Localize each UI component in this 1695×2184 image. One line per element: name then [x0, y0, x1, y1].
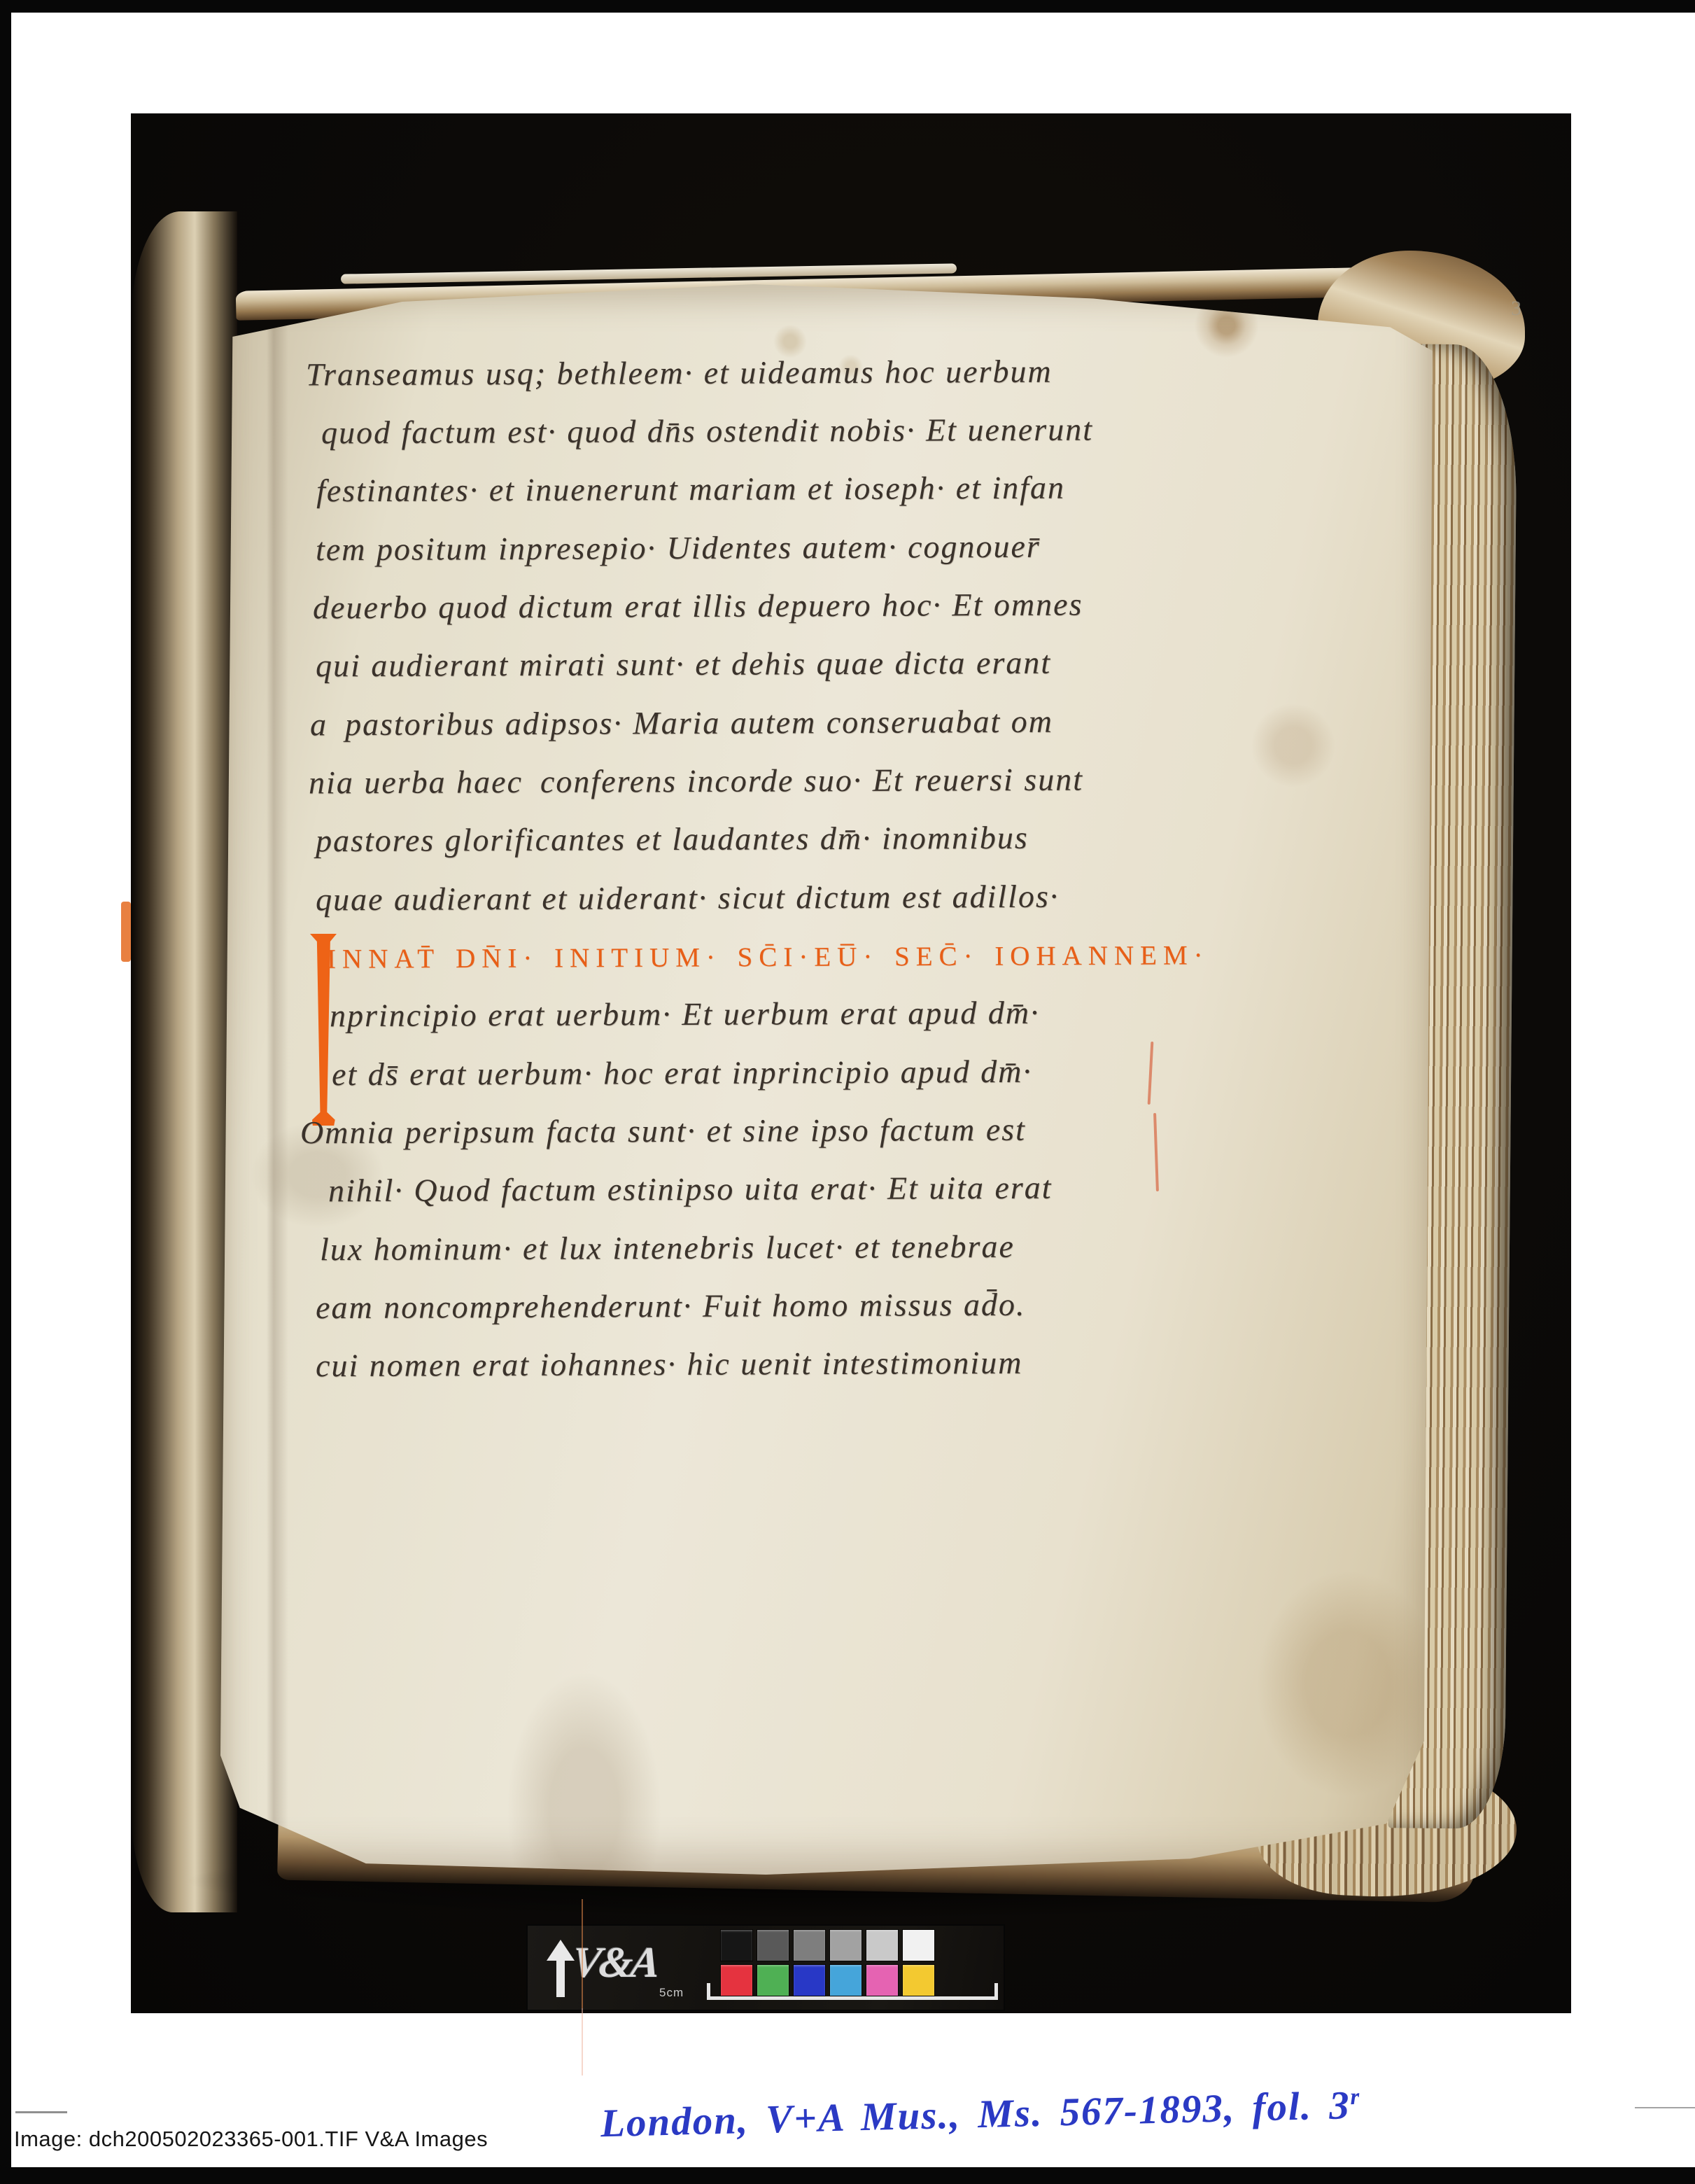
manuscript-line: tem positum inpresepio· Uidentes autem· … [316, 531, 1041, 566]
scale-label: 5cm [659, 1986, 684, 2000]
color-patch [794, 1930, 825, 1961]
folio-number: 3 [1511, 297, 1521, 321]
color-patch [830, 1930, 861, 1961]
grayscale-patch-row [721, 1930, 934, 1961]
manuscript-line: cui nomen erat iohannes· hic uenit intes… [316, 1347, 1023, 1382]
manuscript-line: a pastoribus adipsos· Maria autem conser… [310, 706, 1053, 741]
manuscript-line: lux hominum· et lux intenebris lucet· et… [320, 1231, 1015, 1266]
color-patch [830, 1965, 861, 1996]
color-patch-row [721, 1965, 934, 1996]
registration-dash-left [15, 2111, 67, 2113]
manuscript-line: nprincipio erat uerbum· Et uerbum erat a… [330, 997, 1040, 1032]
up-arrow-stem [556, 1958, 565, 1997]
scanned-slide: 3 Transeamus usq; bethleem· et uideamus … [0, 0, 1695, 2184]
color-patch [903, 1930, 934, 1961]
color-patch [757, 1965, 789, 1996]
color-patch [794, 1965, 825, 1996]
scan-artifact-line [582, 1899, 583, 2075]
va-logo: V&A [570, 1938, 660, 1988]
frame-bottom-bar [0, 2167, 1695, 2184]
color-patch [903, 1965, 934, 1996]
color-patch [866, 1930, 898, 1961]
manuscript-line: qui audierant mirati sunt· et dehis quae… [316, 647, 1051, 682]
manuscript-line: nihil· Quod factum estinipso uita erat· … [328, 1172, 1053, 1207]
frame-left-bar [0, 0, 11, 2184]
registration-dash-right [1635, 2107, 1695, 2108]
manuscript-line: festinantes· et inuenerunt mariam et ios… [316, 472, 1065, 507]
color-patch [757, 1930, 789, 1961]
color-patch [866, 1965, 898, 1996]
manuscript-line: deuerbo quod dictum erat illis depuero h… [313, 589, 1083, 624]
color-patch [721, 1965, 752, 1996]
manuscript-line: et ds̄ erat uerbum· hoc erat inprincipio… [332, 1056, 1032, 1091]
handwritten-superscript: r [1350, 2085, 1361, 2110]
frame-top-bar [0, 0, 1695, 13]
manuscript-line: Transeamus usq; bethleem· et uideamus ho… [306, 356, 1053, 391]
color-calibration-bar: V&A 5cm [526, 1924, 1005, 2011]
handwritten-shelfmark: London, V+A Mus., Ms. 567-1893, fol. 3r [600, 2082, 1361, 2147]
handwritten-text: London, V+A Mus., Ms. 567-1893, fol. 3 [600, 2083, 1351, 2145]
image-filename-caption: Image: dch200502023365-001.TIF V&A Image… [14, 2127, 488, 2152]
manuscript-line: nia uerba haec conferens incorde suo· Et… [309, 764, 1083, 799]
manuscript-line: eam noncomprehenderunt· Fuit homo missus… [316, 1289, 1026, 1324]
color-patch [721, 1930, 752, 1961]
manuscript-line: quae audierant et uiderant· sicut dictum… [316, 881, 1059, 916]
manuscript-line: Omnia peripsum facta sunt· et sine ipso … [300, 1114, 1026, 1149]
manuscript-line: quod factum est· quod dn̄s ostendit nobi… [321, 414, 1093, 449]
manuscript-rubric-line: INNAT̄ DN̄I· INITIUM· SC̄I·EU̅· SEC̄· IO… [327, 941, 1209, 973]
orange-margin-mark [121, 902, 131, 962]
manuscript-photograph: 3 Transeamus usq; bethleem· et uideamus … [131, 113, 1571, 2013]
manuscript-line: pastores glorificantes et laudantes dm̄·… [316, 822, 1029, 857]
